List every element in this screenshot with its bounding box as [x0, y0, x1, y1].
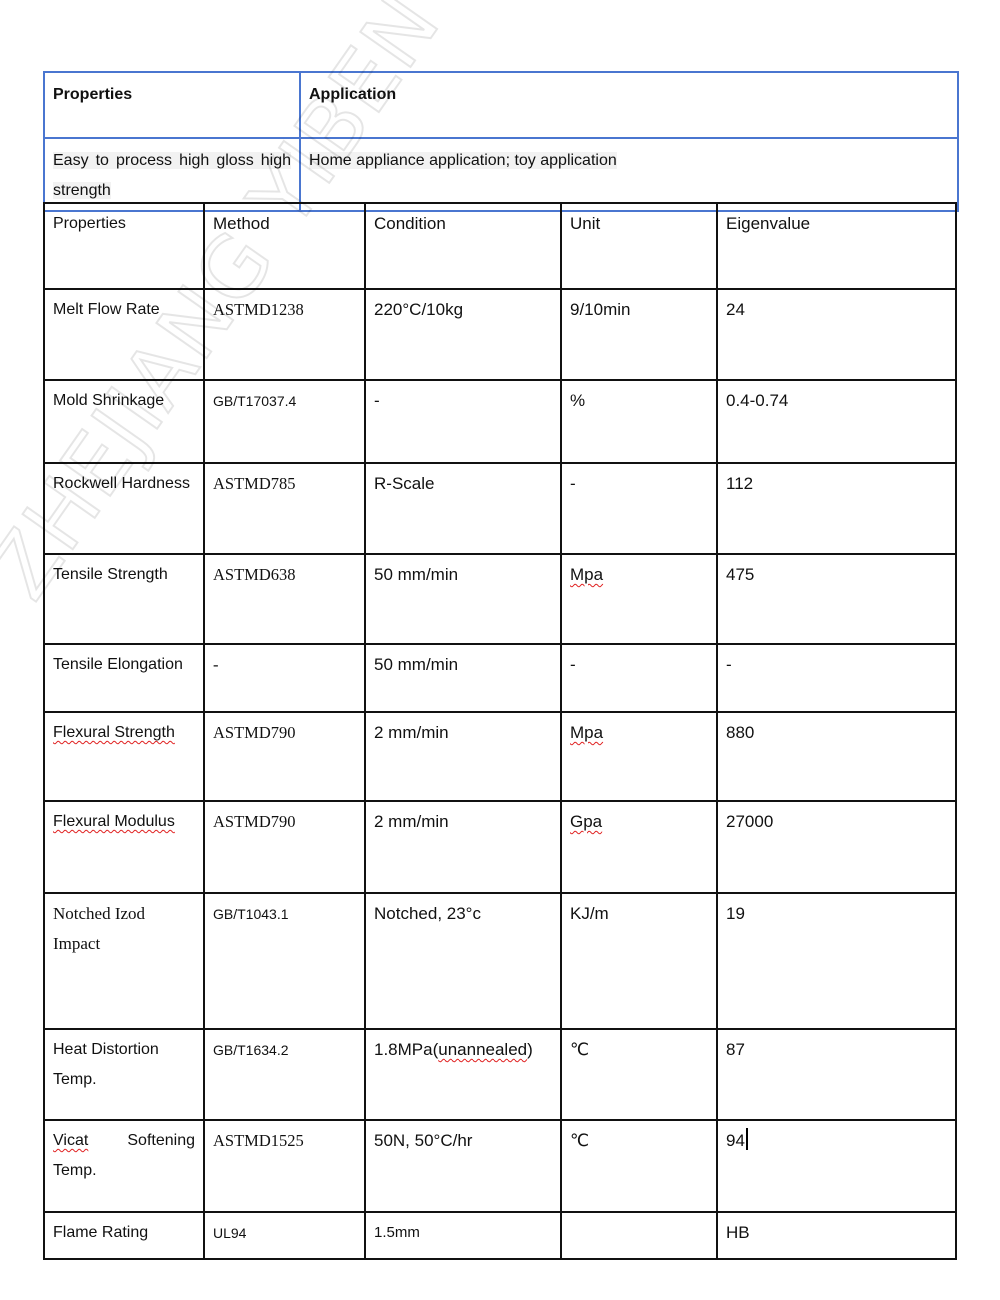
cell-value[interactable]: 0.4-0.74: [717, 380, 956, 463]
cell-value[interactable]: 27000: [717, 801, 956, 893]
cell-method[interactable]: ASTMD790: [204, 712, 365, 801]
header-properties[interactable]: Properties: [44, 203, 204, 289]
cell-value[interactable]: HB: [717, 1212, 956, 1259]
cell-value[interactable]: 880: [717, 712, 956, 801]
cell-unit[interactable]: -: [561, 644, 717, 712]
property-text-word: Vicat: [53, 1132, 88, 1149]
summary-header-row: Properties Application: [44, 72, 958, 138]
cell-property[interactable]: Flexural Strength: [44, 712, 204, 801]
cell-unit[interactable]: KJ/m: [561, 893, 717, 1029]
cell-condition[interactable]: -: [365, 380, 561, 463]
cell-property[interactable]: Notched Izod Impact: [44, 893, 204, 1029]
header-method[interactable]: Method: [204, 203, 365, 289]
unit-text: Mpa: [570, 565, 603, 584]
cell-condition[interactable]: Notched, 23°c: [365, 893, 561, 1029]
cell-property[interactable]: Melt Flow Rate: [44, 289, 204, 380]
cell-unit[interactable]: Mpa: [561, 554, 717, 644]
condition-text-word: unannealed: [438, 1040, 527, 1059]
summary-table: Properties Application Easy to process h…: [43, 71, 959, 212]
cell-unit[interactable]: Mpa: [561, 712, 717, 801]
cell-unit[interactable]: Gpa: [561, 801, 717, 893]
table-row: Rockwell Hardness ASTMD785 R-Scale - 112: [44, 463, 956, 554]
summary-application-text: Home appliance application; toy applicat…: [309, 152, 617, 169]
cell-method[interactable]: GB/T17037.4: [204, 380, 365, 463]
cell-property[interactable]: Mold Shrinkage: [44, 380, 204, 463]
unit-text: Gpa: [570, 812, 602, 831]
cell-value[interactable]: 87: [717, 1029, 956, 1120]
header-unit[interactable]: Unit: [561, 203, 717, 289]
cell-condition[interactable]: 50 mm/min: [365, 644, 561, 712]
table-row: Mold Shrinkage GB/T17037.4 - % 0.4-0.74: [44, 380, 956, 463]
cell-condition[interactable]: R-Scale: [365, 463, 561, 554]
cell-condition[interactable]: 50 mm/min: [365, 554, 561, 644]
property-text: Flexural Modulus: [53, 813, 175, 830]
cell-condition[interactable]: 2 mm/min: [365, 712, 561, 801]
cell-value[interactable]: 475: [717, 554, 956, 644]
cell-method[interactable]: ASTMD785: [204, 463, 365, 554]
cell-property[interactable]: Rockwell Hardness: [44, 463, 204, 554]
cell-condition[interactable]: 1.8MPa(unannealed): [365, 1029, 561, 1120]
cell-unit[interactable]: [561, 1212, 717, 1259]
table-row: Notched Izod Impact GB/T1043.1 Notched, …: [44, 893, 956, 1029]
cell-condition[interactable]: 50N, 50°C/hr: [365, 1120, 561, 1212]
cell-value[interactable]: 24: [717, 289, 956, 380]
value-text: 94: [726, 1131, 745, 1150]
table-row: Flame Rating UL94 1.5mm HB: [44, 1212, 956, 1259]
cell-unit[interactable]: ℃: [561, 1120, 717, 1212]
header-eigenvalue[interactable]: Eigenvalue: [717, 203, 956, 289]
text-cursor: [746, 1128, 748, 1150]
cell-condition[interactable]: 2 mm/min: [365, 801, 561, 893]
summary-properties-cell[interactable]: Easy to process high gloss high strength: [44, 138, 300, 211]
cell-unit[interactable]: %: [561, 380, 717, 463]
cell-method[interactable]: ASTMD790: [204, 801, 365, 893]
summary-header-application[interactable]: Application: [300, 72, 958, 138]
cell-unit[interactable]: 9/10min: [561, 289, 717, 380]
cell-property[interactable]: Flexural Modulus: [44, 801, 204, 893]
cell-property[interactable]: Heat Distortion Temp.: [44, 1029, 204, 1120]
property-text: Flexural Strength: [53, 724, 175, 741]
table-row: Tensile Elongation - 50 mm/min - -: [44, 644, 956, 712]
unit-text: Mpa: [570, 723, 603, 742]
table-row: Flexural Strength ASTMD790 2 mm/min Mpa …: [44, 712, 956, 801]
cell-unit[interactable]: ℃: [561, 1029, 717, 1120]
cell-property[interactable]: Flame Rating: [44, 1212, 204, 1259]
cell-property[interactable]: Tensile Strength: [44, 554, 204, 644]
table-row: Flexural Modulus ASTMD790 2 mm/min Gpa 2…: [44, 801, 956, 893]
cell-method[interactable]: GB/T1634.2: [204, 1029, 365, 1120]
cell-condition[interactable]: 220°C/10kg: [365, 289, 561, 380]
cell-condition[interactable]: 1.5mm: [365, 1212, 561, 1259]
cell-method[interactable]: ASTMD638: [204, 554, 365, 644]
summary-header-properties[interactable]: Properties: [44, 72, 300, 138]
cell-value[interactable]: 94: [717, 1120, 956, 1212]
cell-value[interactable]: 19: [717, 893, 956, 1029]
cell-value[interactable]: 112: [717, 463, 956, 554]
table-row: Vicat Softening Temp. ASTMD1525 50N, 50°…: [44, 1120, 956, 1212]
table-row: Heat Distortion Temp. GB/T1634.2 1.8MPa(…: [44, 1029, 956, 1120]
cell-method[interactable]: -: [204, 644, 365, 712]
summary-properties-text: Easy to process high gloss high strength: [53, 152, 291, 199]
cell-method[interactable]: GB/T1043.1: [204, 893, 365, 1029]
table-row: Tensile Strength ASTMD638 50 mm/min Mpa …: [44, 554, 956, 644]
cell-property[interactable]: Vicat Softening Temp.: [44, 1120, 204, 1212]
summary-row: Easy to process high gloss high strength…: [44, 138, 958, 211]
cell-property[interactable]: Tensile Elongation: [44, 644, 204, 712]
properties-table: Properties Method Condition Unit Eigenva…: [43, 202, 957, 1260]
cell-value[interactable]: -: [717, 644, 956, 712]
cell-method[interactable]: ASTMD1238: [204, 289, 365, 380]
summary-application-cell[interactable]: Home appliance application; toy applicat…: [300, 138, 958, 211]
header-condition[interactable]: Condition: [365, 203, 561, 289]
table-row: Melt Flow Rate ASTMD1238 220°C/10kg 9/10…: [44, 289, 956, 380]
cell-method[interactable]: UL94: [204, 1212, 365, 1259]
cell-unit[interactable]: -: [561, 463, 717, 554]
table-header-row: Properties Method Condition Unit Eigenva…: [44, 203, 956, 289]
cell-method[interactable]: ASTMD1525: [204, 1120, 365, 1212]
